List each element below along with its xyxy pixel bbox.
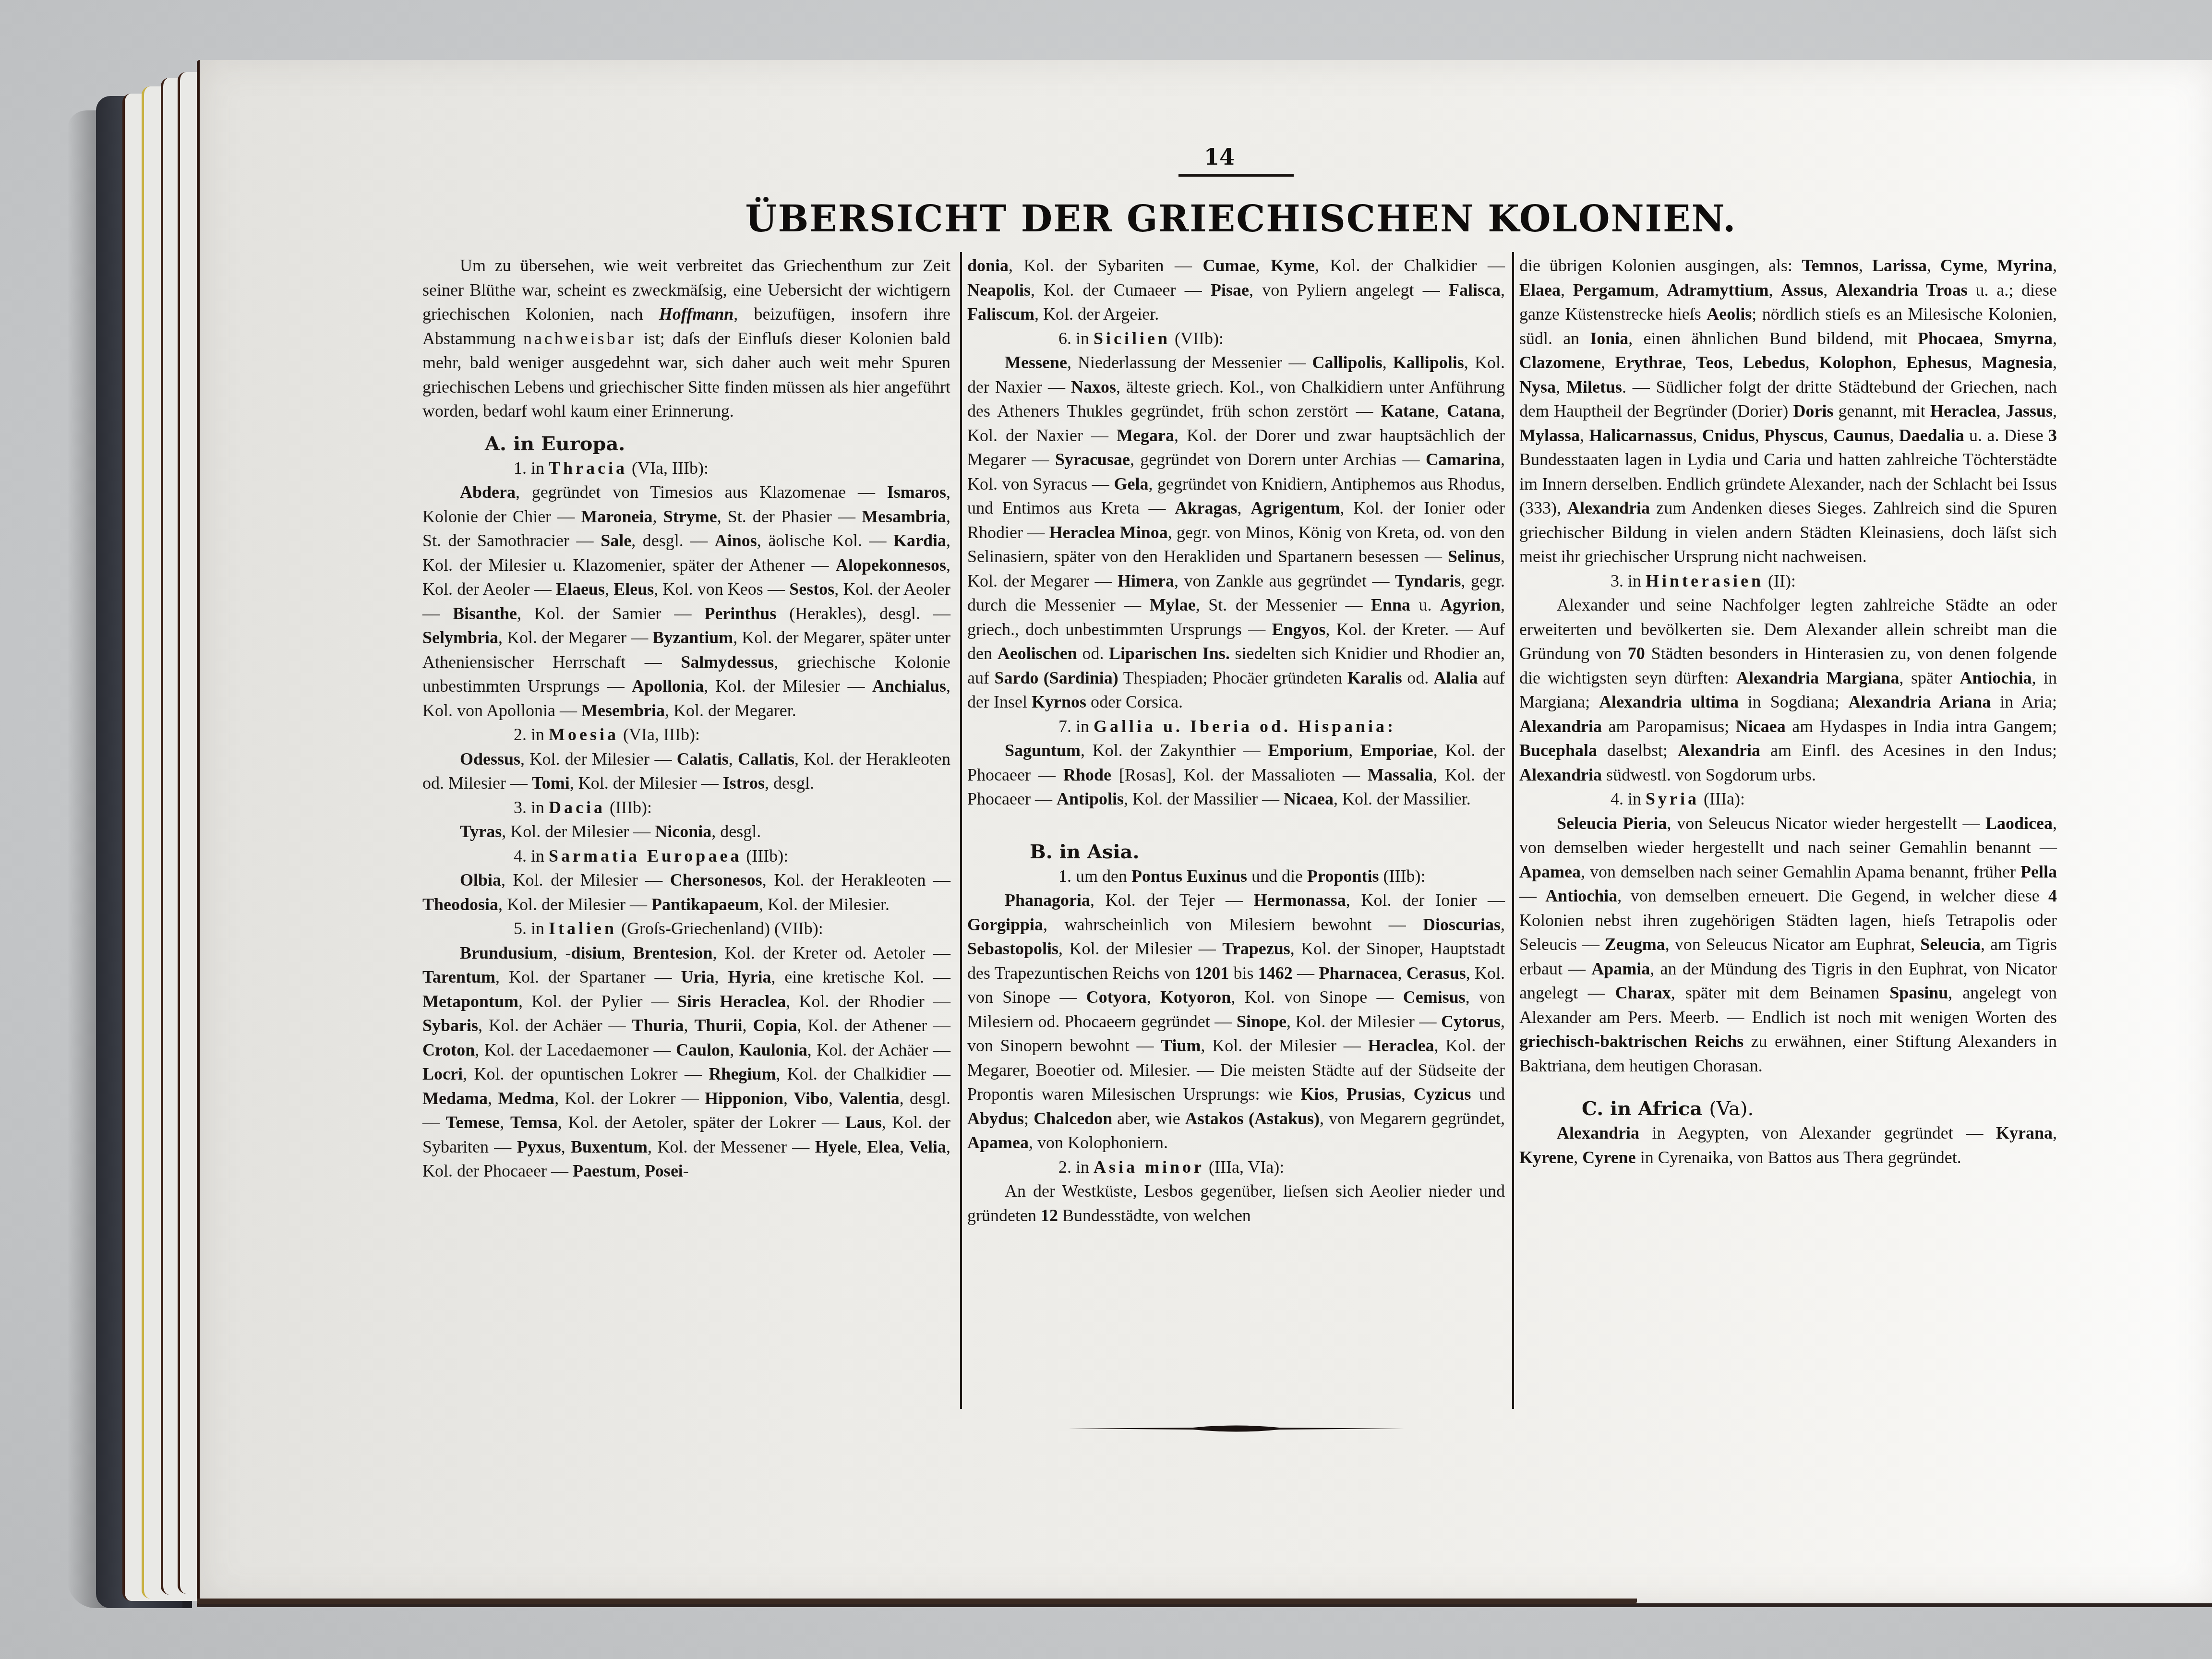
place-name: Paestum <box>573 1161 636 1180</box>
place-name: Ionia <box>1590 329 1628 348</box>
place-name: Buxentum <box>571 1137 648 1156</box>
entry-text: , <box>1556 377 1566 397</box>
intro-spaced-word: nachweisbar <box>523 329 636 348</box>
entry-text: , desgl. — <box>631 531 715 550</box>
place-name: Daedalia <box>1899 426 1964 445</box>
place-name: Megara <box>1117 426 1174 445</box>
entry-text: , Kol. der Achäer — <box>478 1016 632 1035</box>
entry-text: , später <box>1899 668 1960 687</box>
subsection-heading: 4. in Syria (IIIa): <box>1519 787 2057 811</box>
entry-text: , <box>1382 353 1393 372</box>
entry-text: , Kol. der Chalkidier — <box>1315 256 1505 275</box>
sub-name: Thracia <box>549 458 627 478</box>
place-name: Callipolis <box>1312 353 1382 372</box>
sub-name: Hinterasien <box>1646 571 1764 590</box>
entry-text: , <box>715 967 728 986</box>
entry-text: , <box>729 749 738 769</box>
entry-text: , <box>1889 426 1899 445</box>
entry-text: , wahrscheinlich von Milesiern bewohnt — <box>1043 915 1423 934</box>
entry-text: , <box>1693 426 1702 445</box>
entry-text: , <box>1655 280 1667 300</box>
entry-text: , von Seleucus Nicator am Euphrat, <box>1665 935 1920 954</box>
section-heading-asia: B. in Asia. <box>967 840 1505 864</box>
entry-text: u. <box>1410 595 1440 614</box>
place-name: Physcus <box>1764 426 1824 445</box>
entry-text: , Kol. der Milesier — <box>570 773 723 793</box>
entry-text: , Kol. der Zakynthier — <box>1081 741 1268 760</box>
entry-text: , gegründet von Dorern unter Archias — <box>1130 450 1426 469</box>
place-name: Cytorus <box>1441 1012 1501 1031</box>
place-name: Phocaea <box>1918 329 1979 348</box>
entry-paragraph: Olbia, Kol. der Milesier — Chersonesos, … <box>422 868 950 916</box>
place-name: Istros <box>723 773 765 793</box>
entry-text: , von demselben erneuert. Die Gegend, in… <box>1617 886 2048 905</box>
place-name: Syracusae <box>1055 450 1130 469</box>
entry-text: , einen ähnlichen Bund bildend, mit <box>1628 329 1918 348</box>
entry-text: , <box>500 1113 510 1132</box>
place-name: Laodicea <box>1985 814 2053 833</box>
place-name: Anchialus <box>872 676 946 696</box>
entry-text: , <box>783 1089 793 1108</box>
sub-ref: (IIIb): <box>1383 866 1425 886</box>
place-name: Massalia <box>1368 765 1433 784</box>
place-name: Charax <box>1615 983 1671 1002</box>
entry-text: , <box>1968 353 1982 372</box>
entry-paragraph: An der Westküste, Lesbos gegenüber, lieſ… <box>967 1179 1505 1227</box>
place-name: Cemisus <box>1403 987 1466 1007</box>
subsection-heading: 3. in Dacia (IIIb): <box>422 795 950 820</box>
place-name: Cotyora <box>1086 987 1147 1007</box>
place-name: Caunus <box>1833 426 1889 445</box>
place-name: Laus <box>845 1113 882 1132</box>
entry-text: , <box>653 507 663 526</box>
entry-text: , Kol. der Massilier — <box>1124 789 1284 808</box>
place-name: Kios <box>1300 1084 1334 1104</box>
place-name: Uria <box>681 967 715 986</box>
entry-text: , <box>488 1089 498 1108</box>
place-name: Trapezus <box>1222 939 1290 958</box>
place-name: Calatis <box>677 749 729 769</box>
entry-text: ; <box>1024 1109 1034 1128</box>
place-name: Himera <box>1118 571 1174 590</box>
place-name: Zeugma <box>1605 935 1665 954</box>
place-name: Alexandria <box>1519 717 1602 736</box>
sub-name: Dacia <box>549 798 605 817</box>
sub-ref: (IIIa): <box>1704 789 1745 808</box>
page-number: 14 <box>1195 144 1243 170</box>
entry-paragraph: Alexander und seine Nachfolger legten za… <box>1519 593 2057 787</box>
place-name: Caulon <box>676 1040 730 1059</box>
place-name: Saguntum <box>1005 741 1081 760</box>
place-name: Tarentum <box>422 967 495 986</box>
place-name: Niconia <box>655 822 711 841</box>
sub-num: 5. in <box>514 919 544 938</box>
entry-text: , äolische Kol. — <box>757 531 893 550</box>
sub-ref: (VIIb): <box>1175 329 1224 348</box>
entry-text: , <box>1996 401 2006 421</box>
entry-text: , <box>1348 741 1360 760</box>
place-name: Nysa <box>1519 377 1556 397</box>
place-name: Alexandria Troas <box>1836 280 1968 300</box>
subsection-heading: 3. in Hinterasien (II): <box>1519 569 2057 593</box>
place-name: Alalia <box>1434 668 1478 687</box>
entry-text: , <box>2053 256 2057 275</box>
entry-text: , <box>636 1161 645 1180</box>
entry-text: südwestl. von Sogdorum urbs. <box>1602 765 1816 784</box>
place-name: Sybaris <box>422 1016 478 1035</box>
entry-paragraph: Abdera, gegründet von Timesios aus Klazo… <box>422 480 950 722</box>
sub-ref: (IIIb): <box>746 846 788 866</box>
sub-num: 2. in <box>514 725 544 744</box>
place-name: Prusias <box>1346 1084 1401 1104</box>
place-name: Alopekonnesos <box>836 555 946 575</box>
place-name: Pharnacea <box>1319 963 1397 983</box>
entry-text: , <box>900 1137 909 1156</box>
entry-text: , von Seleucus Nicator wieder hergestell… <box>1667 814 1985 833</box>
place-name: Elea <box>867 1137 900 1156</box>
place-name: -disium <box>565 943 621 962</box>
place-name: Cerasus <box>1407 963 1466 983</box>
subsection-heading: 6. in Sicilien (VIIb): <box>967 326 1505 351</box>
place-name: Vibo <box>793 1089 829 1108</box>
place-name: Mylae <box>1150 595 1196 614</box>
entry-text: , <box>1561 280 1573 300</box>
place-name: Magnesia <box>1982 353 2053 372</box>
place-name: Cumae <box>1203 256 1256 275</box>
sub-num: 7. in <box>1058 717 1089 736</box>
subsection-heading: 1. um den Pontus Euxinus und die Propont… <box>967 864 1505 889</box>
place-name: Pantikapaeum <box>651 895 759 914</box>
entry-text: , <box>1927 256 1940 275</box>
place-name: Clazomene <box>1519 353 1601 372</box>
place-name: Alexandria ultima <box>1599 692 1739 711</box>
entry-text: , Kol. der Megarer — <box>498 628 652 647</box>
entry-paragraph: Saguntum, Kol. der Zakynthier — Emporium… <box>967 738 1505 811</box>
place-name: Gorgippia <box>967 915 1043 934</box>
place-name: Doris <box>1793 401 1833 421</box>
place-name: Teos <box>1696 353 1729 372</box>
entry-text: , Kol. der Sybariten — <box>1009 256 1203 275</box>
place-name: Alexandria Margiana <box>1736 668 1899 687</box>
sub-ref: (IIIa, VIa): <box>1209 1157 1284 1177</box>
place-name: Medama <box>422 1089 488 1108</box>
place-name: Kotyoron <box>1160 987 1231 1007</box>
place-name: Emporium <box>1268 741 1348 760</box>
entry-text: , <box>1501 915 1505 934</box>
place-name: Alexandria Ariana <box>1848 692 1991 711</box>
place-name: Erythrae <box>1615 353 1682 372</box>
place-name: Katane <box>1381 401 1435 421</box>
entry-text: , <box>1979 329 1994 348</box>
place-name: Hermonassa <box>1254 890 1346 910</box>
place-name: Aeolis <box>1707 304 1752 324</box>
entry-paragraph: Odessus, Kol. der Milesier — Calatis, Ca… <box>422 747 950 795</box>
place-name: 70 <box>1628 644 1645 663</box>
entry-text: genannt, mit <box>1833 401 1930 421</box>
sub-name: Sicilien <box>1094 329 1170 348</box>
place-name: Elaeus <box>556 579 605 599</box>
sub-num: 4. in <box>514 846 544 866</box>
place-name: Valentia <box>839 1089 900 1108</box>
entry-text: , von Megarern gegründet, <box>1320 1109 1505 1128</box>
place-name: Kyme <box>1271 256 1315 275</box>
place-name: Pisae <box>1211 280 1249 300</box>
place-name: Stryme <box>663 507 717 526</box>
entry-text: , Kol. der Megarer. <box>665 701 796 720</box>
place-name: Antiochia <box>1960 668 2032 687</box>
place-name: Locri <box>422 1064 463 1083</box>
sub-mid: und die <box>1251 866 1303 886</box>
place-name: griechisch-baktrischen Reichs <box>1519 1032 1743 1051</box>
entry-text: , <box>743 1016 753 1035</box>
place-name: Selymbria <box>422 628 498 647</box>
place-name: Byzantium <box>652 628 733 647</box>
place-name: Olbia <box>460 870 501 890</box>
entry-text: , eine kretische Kol. — <box>771 967 950 986</box>
entry-text: , <box>1824 426 1833 445</box>
section-label: C. in Africa <box>1582 1097 1702 1120</box>
subsection-heading: 2. in Moesia (VIa, IIIb): <box>422 722 950 747</box>
entry-text: , <box>1682 353 1696 372</box>
subsection-heading: 5. in Italien (Groſs-Griechenland) (VIIb… <box>422 916 950 941</box>
place-name: Seleucia <box>1920 935 1981 954</box>
entry-text: , von demselben nach seiner Gemahlin Apa… <box>1581 862 2020 881</box>
entry-text: , Kol. von Sinope — <box>1231 987 1403 1007</box>
place-name: Tomi <box>532 773 570 793</box>
entry-text: , <box>684 1016 695 1035</box>
place-name: Salmydessus <box>681 652 774 672</box>
place-name: Myrina <box>1997 256 2053 275</box>
sub-num: 1. um den <box>1058 866 1127 886</box>
entry-text: , Kol. der Herakleoten — <box>762 870 950 890</box>
entry-text: , Kol. der Messener — <box>648 1137 815 1156</box>
entry-text: , <box>1147 987 1160 1007</box>
entry-text: , <box>1755 426 1764 445</box>
entry-text: , Kol. der Milesier. <box>759 895 890 914</box>
sub-num: 3. in <box>1611 571 1641 590</box>
entry-text: — <box>1519 886 1545 905</box>
sub-num: 6. in <box>1058 329 1089 348</box>
place-name: Sardo (Sardinia) <box>994 668 1118 687</box>
entry-text: , Kol. der Milesier — <box>704 676 872 696</box>
subsection-heading: 7. in Gallia u. Iberia od. Hispania: <box>967 714 1505 739</box>
place-name: Pyxus <box>517 1137 561 1156</box>
place-name: Kyrene <box>1519 1148 1574 1167</box>
entry-text: , <box>621 943 633 962</box>
sub-ref: (IIIb): <box>610 798 652 817</box>
place-name: Astakos (Astakus) <box>1185 1109 1320 1128</box>
place-name: Chalcedon <box>1034 1109 1112 1128</box>
entry-text: , von Kolophoniern. <box>1029 1133 1168 1152</box>
entry-text: , <box>605 579 613 599</box>
place-name: 4 <box>2048 886 2057 905</box>
place-name: Abydus <box>967 1109 1024 1128</box>
entry-text: — <box>1293 963 1319 983</box>
subsection-heading: 1. in Thracia (VIa, IIIb): <box>422 456 950 481</box>
place-name: Odessus <box>460 749 520 769</box>
entry-text: , <box>2053 329 2057 348</box>
place-name: Liparischen Ins. <box>1109 644 1230 663</box>
entry-text: am Einfl. des Acesines in den Indus; <box>1760 741 2057 760</box>
place-name: Perinthus <box>704 604 776 623</box>
entry-text: am Paropamisus; <box>1602 717 1736 736</box>
sub-num: 2. in <box>1058 1157 1089 1177</box>
place-name: Pella <box>2020 862 2057 881</box>
entry-text: , <box>553 943 565 962</box>
place-name: Kolophon <box>1819 353 1892 372</box>
sub-name: Asia minor <box>1094 1157 1204 1177</box>
entry-paragraph: die übrigen Kolonien ausgingen, als: Tem… <box>1519 253 2057 569</box>
place-name: Nicaea <box>1736 717 1786 736</box>
entry-text: , Kol. der Aetoler, später der Lokrer — <box>558 1113 845 1132</box>
sub-name: Sarmatia Europaea <box>549 846 742 866</box>
column-divider <box>1512 252 1514 1409</box>
place-name: Tium <box>1161 1036 1201 1055</box>
page-number-rule <box>1178 174 1294 177</box>
place-name: 1201 <box>1194 963 1229 983</box>
place-name: Hyele <box>815 1137 857 1156</box>
page-bottom-edge <box>197 1599 1637 1604</box>
entry-text: , <box>1238 498 1251 517</box>
sub-num: 4. in <box>1611 789 1641 808</box>
entry-text: , <box>1859 256 1872 275</box>
place-name: Hipponion <box>705 1089 783 1108</box>
column-divider <box>960 252 962 1409</box>
entry-text: in Sogdiana; <box>1739 692 1849 711</box>
place-name: Temsa <box>510 1113 558 1132</box>
place-name: Temnos <box>1802 256 1859 275</box>
entry-text: , <box>1397 963 1406 983</box>
place-name: Abdera <box>460 482 516 502</box>
entry-paragraph: Phanagoria, Kol. der Tejer — Hermonassa,… <box>967 888 1505 1155</box>
place-name: Kyrana <box>1996 1123 2053 1142</box>
place-name: Sinope <box>1237 1012 1286 1031</box>
place-name: Medma <box>498 1089 554 1108</box>
place-name: Siris Heraclea <box>677 992 786 1011</box>
place-name: Assus <box>1781 280 1823 300</box>
entry-text: in Aegypten, von Alexander gegründet — <box>1639 1123 1996 1142</box>
place-name: Ephesus <box>1906 353 1968 372</box>
place-name: Bucephala <box>1519 741 1597 760</box>
place-name: Dioscurias <box>1423 915 1501 934</box>
entry-text: , Kol. der Massilier. <box>1334 789 1471 808</box>
place-name: Brundusium <box>460 943 553 962</box>
entry-text: und <box>1471 1084 1505 1104</box>
entry-text: die übrigen Kolonien ausgingen, als: <box>1519 256 1802 275</box>
entry-text: , <box>1984 256 1997 275</box>
place-name: Posei- <box>645 1161 689 1180</box>
place-name: Antipolis <box>1057 789 1124 808</box>
place-name: Tyndaris <box>1395 571 1461 590</box>
place-name: Maroneia <box>581 507 652 526</box>
entry-text: , <box>1574 1148 1582 1167</box>
place-name: Mesambria <box>862 507 946 526</box>
place-name: Cnidus <box>1702 426 1755 445</box>
place-name: Catana <box>1447 401 1501 421</box>
place-name: Faliscum <box>967 304 1034 324</box>
place-name: Halicarnassus <box>1589 426 1693 445</box>
entry-text: , <box>1580 426 1589 445</box>
entry-text: , Kol. von Keos — <box>654 579 789 599</box>
entry-text: od. <box>1402 668 1434 687</box>
sub-num: 1. in <box>514 458 544 478</box>
place-name: Velia <box>909 1137 946 1156</box>
entry-text: , <box>1823 280 1836 300</box>
place-name: Emporiae <box>1360 741 1433 760</box>
entry-text: , <box>1501 280 1505 300</box>
entry-paragraph: Brundusium, -disium, Brentesion, Kol. de… <box>422 941 950 1183</box>
place-name: Rhegium <box>709 1064 776 1083</box>
place-name: Sale <box>601 531 631 550</box>
place-name: Copia <box>753 1016 797 1035</box>
entry-text: , desgl. <box>765 773 814 793</box>
entry-text: , Kol. der Cumaeer — <box>1031 280 1211 300</box>
place-name: donia <box>967 256 1009 275</box>
place-name: Ainos <box>715 531 757 550</box>
place-name: Cyrene <box>1582 1148 1635 1167</box>
page-title: ÜBERSICHT DER GRIECHISCHEN KOLONIEN. <box>744 196 1738 240</box>
place-name: Sestos <box>789 579 834 599</box>
entry-text: od. <box>1077 644 1109 663</box>
place-name: Rhode <box>1063 765 1111 784</box>
entry-text: , von Zankle aus gegründet — <box>1174 571 1395 590</box>
entry-text: , Kol. der Milesier — <box>1286 1012 1441 1031</box>
entry-text: , <box>1805 353 1819 372</box>
entry-paragraph: Messene, Niederlassung der Messenier — C… <box>967 350 1505 714</box>
place-name: Akragas <box>1175 498 1238 517</box>
column-2: donia, Kol. der Sybariten — Cumae, Kyme,… <box>967 253 1505 1227</box>
entry-paragraph: Seleucia Pieria, von Seleucus Nicator wi… <box>1519 811 2057 1078</box>
entry-text: , Kol. der Milesier — <box>502 822 655 841</box>
place-name: Heraclea Minoa <box>1049 523 1168 542</box>
entry-paragraph: donia, Kol. der Sybariten — Cumae, Kyme,… <box>967 253 1505 326</box>
place-name: Neapolis <box>967 280 1031 300</box>
place-name: Thurii <box>694 1016 742 1035</box>
subsection-heading: 2. in Asia minor (IIIa, VIa): <box>967 1155 1505 1179</box>
entry-text: bis <box>1229 963 1258 983</box>
sub-name: Moesia <box>549 725 619 744</box>
place-name: Mesembria <box>581 701 665 720</box>
sub-num: 3. in <box>514 798 544 817</box>
place-name: Lebedus <box>1743 353 1805 372</box>
place-name: Smyrna <box>1994 329 2053 348</box>
place-name: 12 <box>1041 1206 1058 1225</box>
entry-text: , Kol. der Ionier — <box>1346 890 1505 910</box>
place-name: Falisca <box>1449 280 1501 300</box>
place-name: Karalis <box>1347 668 1402 687</box>
place-name: Bisanthe <box>453 604 517 623</box>
sub-name: Gallia u. Iberia od. Hispania: <box>1094 717 1396 736</box>
place-name: Mylassa <box>1519 426 1580 445</box>
entry-text: , <box>1256 256 1271 275</box>
sub-name: Syria <box>1646 789 1699 808</box>
sub-name: Pontus Euxinus <box>1131 866 1247 886</box>
entry-text: , Kol. der Athener — <box>797 1016 950 1035</box>
place-name: Agrigentum <box>1250 498 1340 517</box>
place-name: Apollonia <box>632 676 704 696</box>
entry-text: , <box>1601 353 1615 372</box>
place-name: Spasinu <box>1889 983 1948 1002</box>
place-name: 3 <box>2048 426 2057 445</box>
entry-text: , Kol. der Milesier — <box>498 895 651 914</box>
place-name: Aeolischen <box>998 644 1077 663</box>
entry-text: , <box>1334 1084 1346 1104</box>
entry-paragraph: Alexandria in Aegypten, von Alexander ge… <box>1519 1121 2057 1169</box>
place-name: Brentesion <box>633 943 712 962</box>
entry-paragraph: Tyras, Kol. der Milesier — Niconia, desg… <box>422 819 950 844</box>
section-heading-europe: A. in Europa. <box>422 432 950 456</box>
entry-text: , Kol. der Kreter od. Aetoler — <box>712 943 950 962</box>
